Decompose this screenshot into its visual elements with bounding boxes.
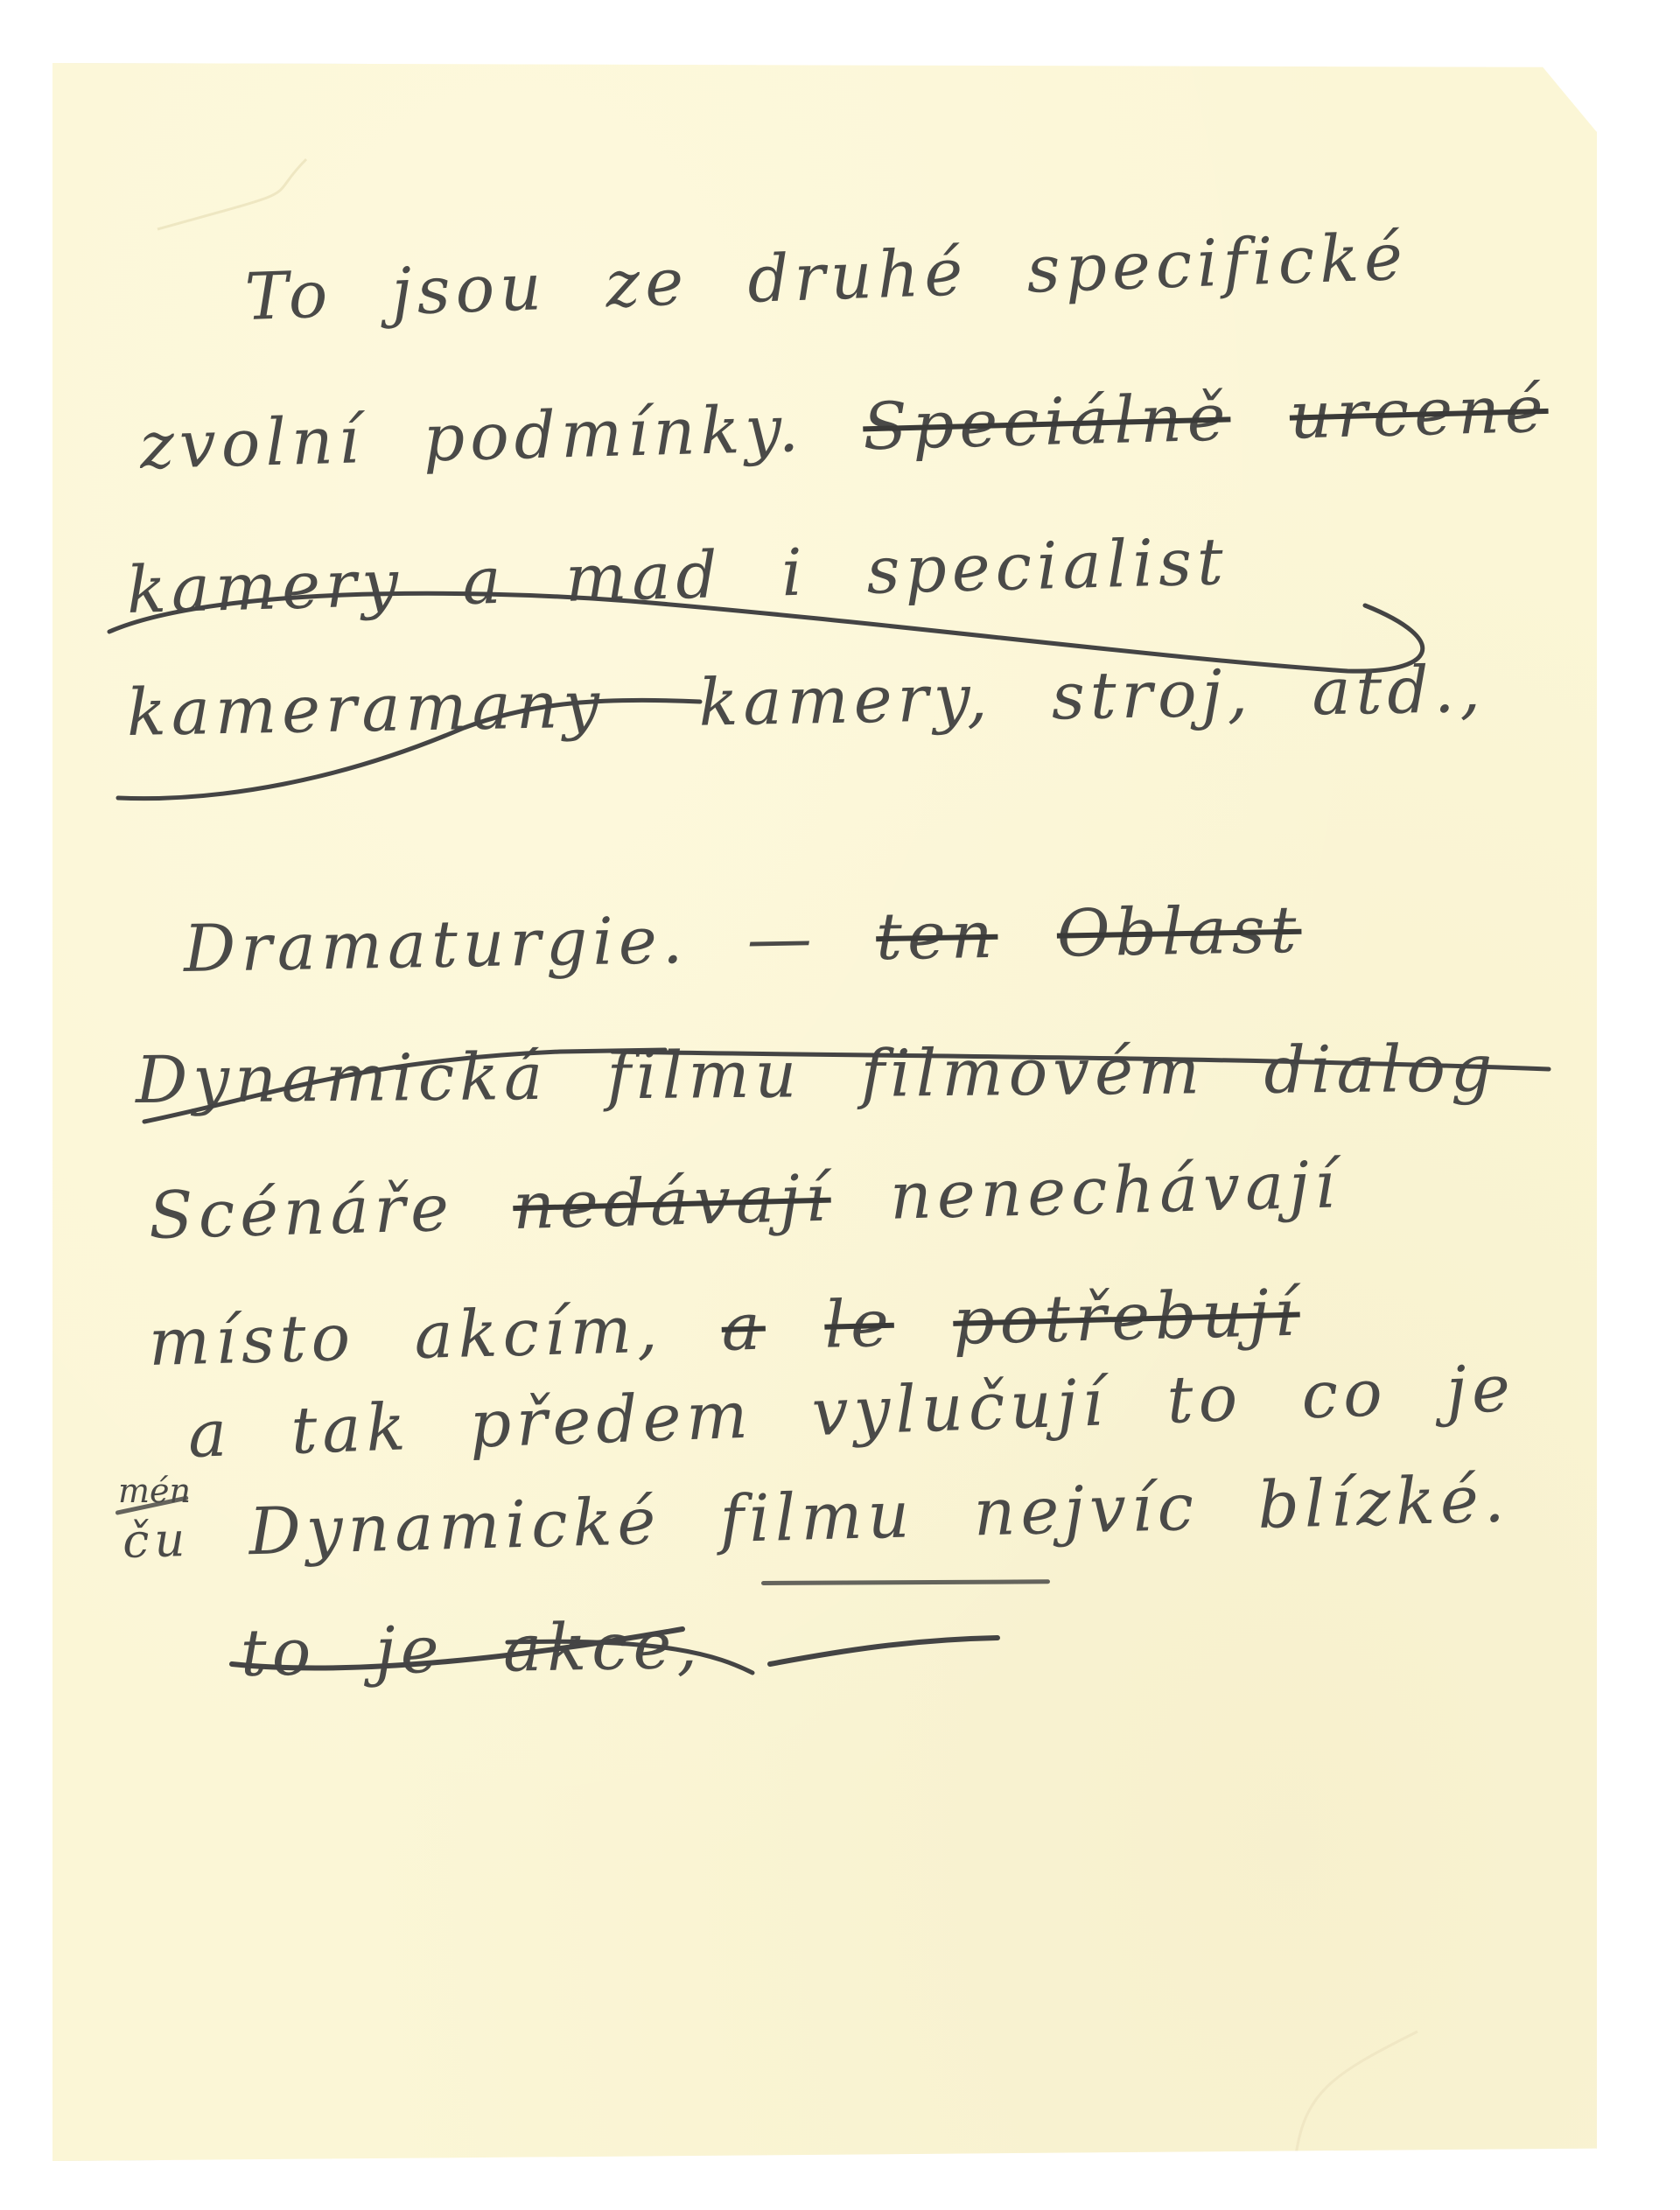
underlined-word: filmu <box>719 1477 916 1557</box>
word: ze <box>605 244 690 322</box>
word: tak <box>290 1389 412 1469</box>
strikethrough-stroke <box>140 1025 1557 1130</box>
struck-word: a <box>721 1290 766 1366</box>
word: — <box>746 900 817 976</box>
word: a <box>186 1395 233 1472</box>
word: akcím, <box>413 1292 663 1374</box>
struck-word: potřebují <box>952 1276 1301 1360</box>
word: atd., <box>1312 652 1487 730</box>
word: kamery, <box>698 661 993 741</box>
word: vylučují <box>810 1365 1109 1451</box>
struck-word: Speciálně <box>862 380 1231 465</box>
word: ču <box>122 1512 191 1569</box>
word: nejvíc <box>973 1470 1200 1551</box>
handwritten-line: Dramaturgie. — ten Oblast <box>183 892 1335 987</box>
word: podmínky. <box>423 391 805 476</box>
struck-word: nedávají <box>512 1161 832 1244</box>
strikethrough-stroke <box>227 1603 1015 1708</box>
handwritten-line: ču Dynamické filmu nejvíc blízké. <box>122 1461 1543 1573</box>
word: Scénáře <box>148 1171 455 1254</box>
word: blízké. <box>1256 1462 1510 1544</box>
underline-stroke <box>761 1579 1050 1585</box>
word: specifické <box>1025 220 1409 308</box>
handwritten-line: Scénáře nedávají nenechávají <box>148 1146 1375 1254</box>
struck-word: urcené <box>1289 372 1550 454</box>
word: co <box>1300 1355 1389 1433</box>
word: zvolní <box>139 402 366 484</box>
word: druhé <box>746 234 969 318</box>
word: je <box>1445 1351 1516 1429</box>
word: nenechávají <box>889 1147 1341 1234</box>
word: to <box>1165 1360 1243 1438</box>
handwritten-line: To jsou ze druhé specifické <box>243 218 1442 335</box>
manuscript-page: To jsou ze druhé specifické zvolní podmí… <box>52 63 1597 2161</box>
word: To <box>243 257 333 335</box>
word: jsou <box>390 249 548 330</box>
struck-word: ten <box>875 898 998 975</box>
struck-word: Oblast <box>1056 892 1302 972</box>
word: předem <box>468 1377 754 1462</box>
handwritten-line: zvolní podmínky. Speciálně urcené <box>139 371 1583 484</box>
word: stroj, <box>1051 656 1254 735</box>
strikethrough-stroke <box>114 675 709 807</box>
struck-word: le <box>823 1286 895 1363</box>
word: místo <box>148 1300 356 1381</box>
word: Dynamické <box>248 1484 661 1570</box>
word: Dramaturgie. <box>183 903 689 987</box>
